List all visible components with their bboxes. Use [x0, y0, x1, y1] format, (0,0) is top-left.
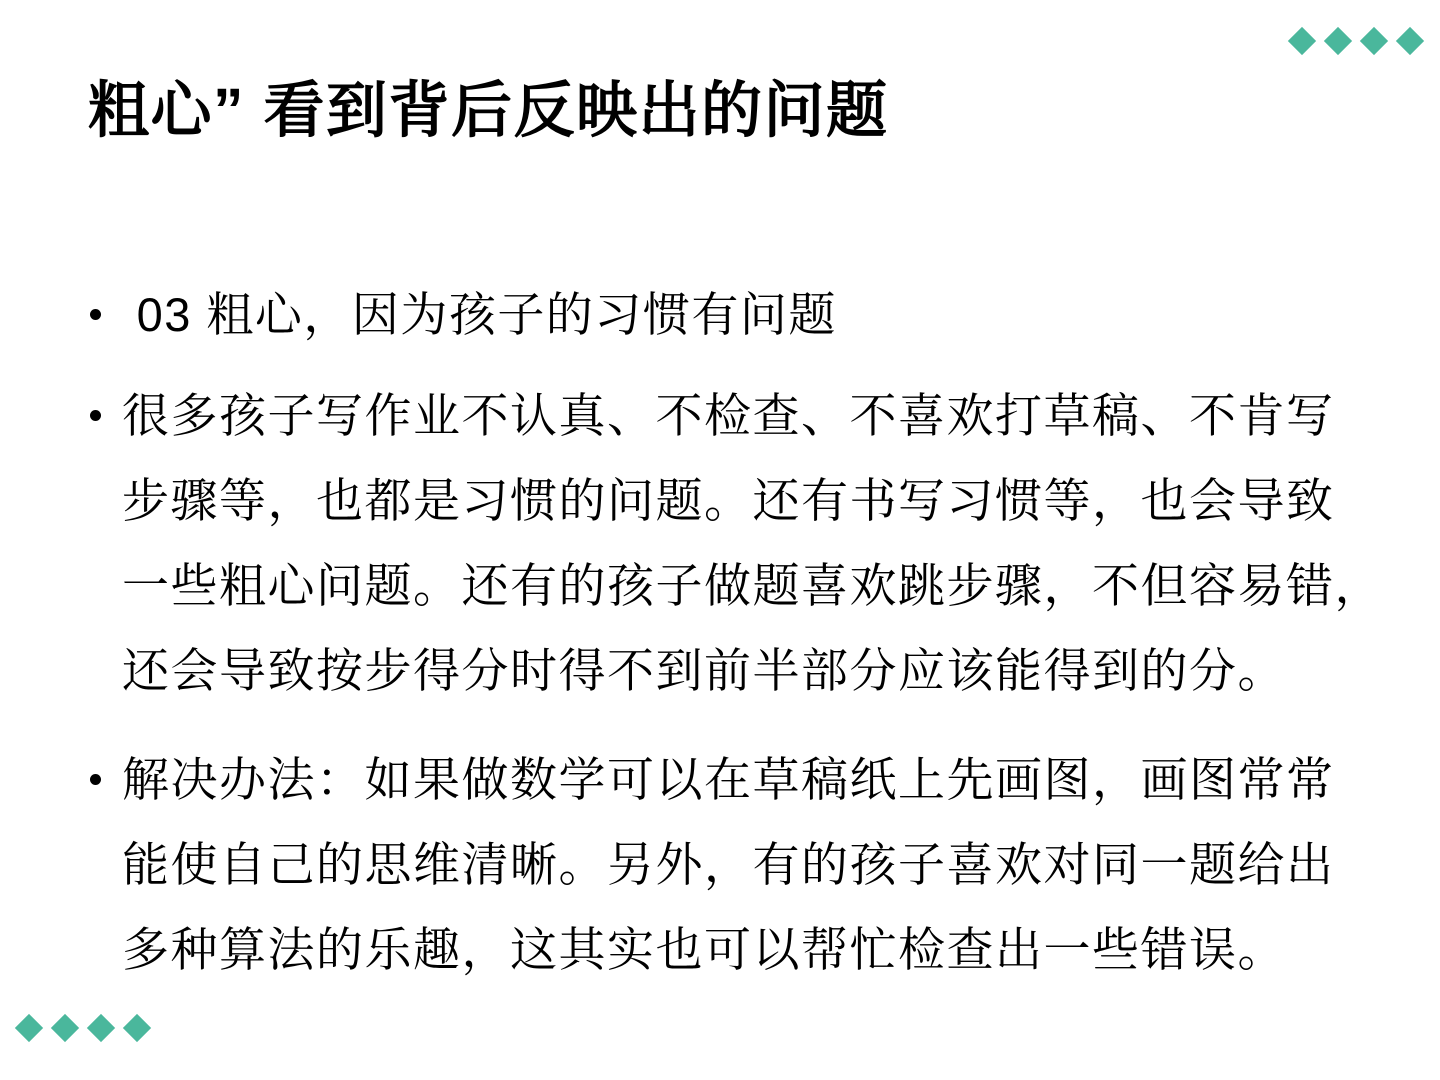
- bullet-line: 03 粗心，因为孩子的习惯有问题: [122, 272, 1400, 357]
- diamond-decoration-bottom-left: [19, 1018, 147, 1038]
- bullet-item: 03 粗心，因为孩子的习惯有问题: [88, 272, 1400, 357]
- diamond-icon: [1288, 27, 1316, 55]
- bullet-dot-icon: [90, 410, 101, 421]
- bullet-line: 很多孩子写作业不认真、不检查、不喜欢打草稿、不肯写: [122, 373, 1400, 458]
- diamond-icon: [1360, 27, 1388, 55]
- bullet-dot-icon: [90, 309, 101, 320]
- diamond-icon: [51, 1014, 79, 1042]
- diamond-decoration-top-right: [1292, 31, 1420, 51]
- diamond-icon: [1324, 27, 1352, 55]
- bullet-item: 很多孩子写作业不认真、不检查、不喜欢打草稿、不肯写步骤等，也都是习惯的问题。还有…: [88, 373, 1400, 713]
- bullet-line: 解决办法：如果做数学可以在草稿纸上先画图，画图常常: [122, 737, 1400, 822]
- diamond-icon: [1396, 27, 1424, 55]
- diamond-icon: [87, 1014, 115, 1042]
- bullet-item: 解决办法：如果做数学可以在草稿纸上先画图，画图常常能使自己的思维清晰。另外，有的…: [88, 737, 1400, 992]
- slide: 粗心” 看到背后反映出的问题 03 粗心，因为孩子的习惯有问题很多孩子写作业不认…: [0, 0, 1440, 1080]
- diamond-icon: [123, 1014, 151, 1042]
- bullet-line: 一些粗心问题。还有的孩子做题喜欢跳步骤，不但容易错，: [122, 543, 1400, 628]
- bullet-line: 多种算法的乐趣，这其实也可以帮忙检查出一些错误。: [122, 907, 1400, 992]
- bullet-line: 步骤等，也都是习惯的问题。还有书写习惯等，也会导致: [122, 458, 1400, 543]
- diamond-icon: [15, 1014, 43, 1042]
- bullet-line: 还会导致按步得分时得不到前半部分应该能得到的分。: [122, 628, 1400, 713]
- bullet-line: 能使自己的思维清晰。另外，有的孩子喜欢对同一题给出: [122, 822, 1400, 907]
- bullet-dot-icon: [90, 774, 101, 785]
- page-title: 粗心” 看到背后反映出的问题: [88, 72, 888, 148]
- bullet-list: 03 粗心，因为孩子的习惯有问题很多孩子写作业不认真、不检查、不喜欢打草稿、不肯…: [88, 272, 1400, 1008]
